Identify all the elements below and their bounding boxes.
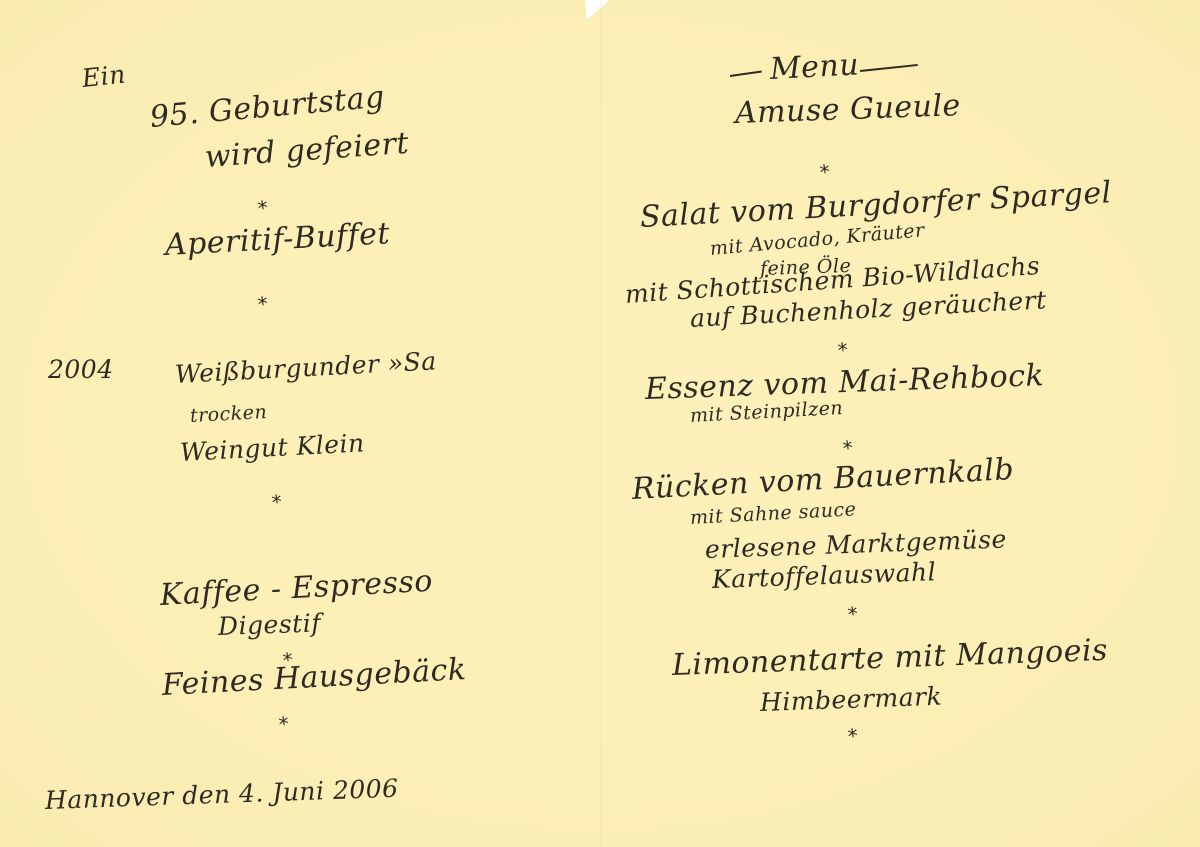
wine-year: 2004	[48, 355, 114, 384]
separator-star: *	[841, 435, 854, 460]
wine-name: Weißburgunder »Sa	[174, 346, 437, 389]
course3-title: Rücken vom Bauernkalb	[631, 452, 1015, 507]
separator-star: *	[270, 489, 283, 514]
dessert-title: Limonentarte mit Mangoeis	[671, 633, 1108, 683]
handwritten-menu-document: Ein 95. Geburtstag wird gefeiert * Aperi…	[0, 0, 1200, 847]
title-dash-left	[730, 71, 762, 77]
course3-line3: erlesene Marktgemüse	[704, 524, 1007, 564]
coffee-line-2: Digestif	[217, 608, 321, 641]
dessert-line2: Himbeermark	[759, 682, 942, 717]
separator-star: *	[256, 195, 269, 220]
separator-star: *	[846, 723, 859, 748]
course3-line4: Kartoffelauswahl	[711, 557, 936, 594]
separator-star: *	[818, 159, 831, 184]
wine-estate: Weingut Klein	[179, 428, 365, 467]
amuse-gueule: Amuse Gueule	[734, 88, 961, 131]
page-fold	[600, 0, 601, 847]
intro-text: Ein	[80, 59, 127, 92]
separator-star: *	[836, 337, 849, 362]
menu-title: Menu	[769, 47, 860, 87]
course2-title: Essenz vom Mai-Rehbock	[644, 358, 1044, 407]
coffee-line-1: Kaffee - Espresso	[159, 564, 434, 613]
title-dash-right	[860, 64, 918, 72]
paper-tear	[579, 0, 609, 20]
separator-star: *	[846, 601, 859, 626]
occasion-line-1: 95. Geburtstag	[148, 80, 386, 135]
wine-style: trocken	[189, 401, 267, 427]
place-date: Hannover den 4. Juni 2006	[44, 774, 399, 815]
occasion-line-2: wird gefeiert	[204, 126, 410, 175]
pastry-text: Feines Hausgebäck	[161, 652, 467, 703]
separator-star: *	[277, 711, 290, 736]
course3-line2: mit Sahne sauce	[689, 498, 857, 529]
aperitif-text: Aperitif-Buffet	[164, 216, 391, 263]
separator-star: *	[256, 291, 269, 316]
